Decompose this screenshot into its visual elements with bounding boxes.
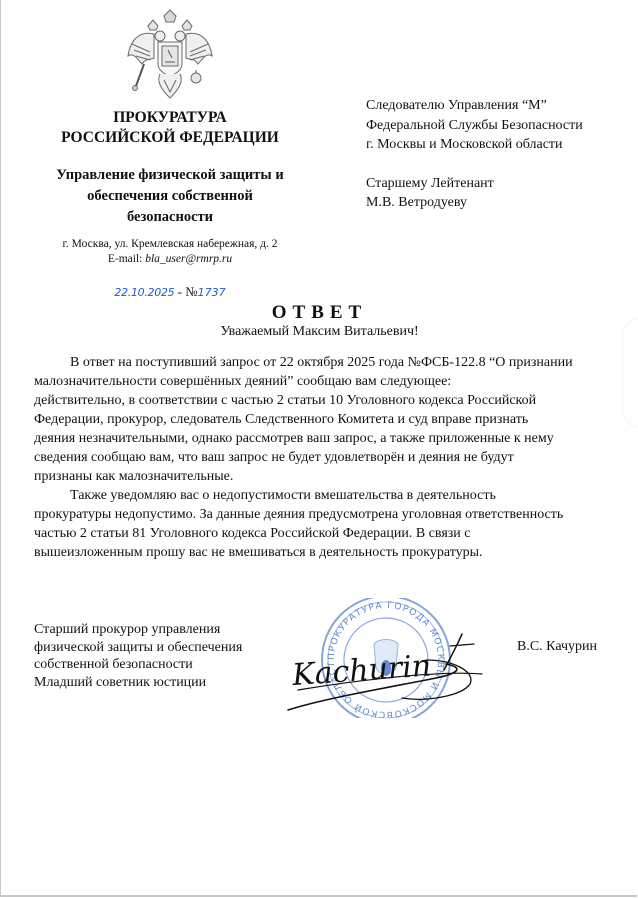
recipient-line1: Следователю Управления “М” bbox=[366, 96, 636, 116]
paragraph3-line: прокуратуры недопустимо. За данные деяни… bbox=[34, 505, 624, 524]
position-line1: Старший прокурор управления bbox=[34, 621, 294, 639]
recipient-line4: Старшему Лейтенант bbox=[366, 174, 636, 194]
org-title-line2: РОССИЙСКОЙ ФЕДЕРАЦИИ bbox=[41, 128, 299, 148]
stamp-and-signature: ПРОКУРАТУРА ГОРОДА МОСКВЫ И МОСКОВСКОЙ О… bbox=[286, 598, 486, 718]
russian-coat-of-arms-icon bbox=[124, 8, 216, 103]
organization-title: ПРОКУРАТУРА РОССИЙСКОЙ ФЕДЕРАЦИИ bbox=[41, 108, 299, 148]
recipient-line3: г. Москвы и Московской области bbox=[366, 135, 636, 155]
handwritten-signature: Kachurin bbox=[290, 649, 432, 694]
position-line4: Младший советник юстиции bbox=[34, 674, 294, 692]
outgoing-date: 22.10.2025 bbox=[114, 286, 174, 299]
dept-line1: Управление физической защиты и bbox=[41, 165, 299, 186]
floating-side-widget[interactable] bbox=[622, 318, 638, 428]
number-sign: № bbox=[185, 284, 197, 299]
outgoing-number: 22.10.2025 - №1737 bbox=[41, 284, 299, 300]
paragraph3-line: частью 2 статьи 81 Уголовного кодекса Ро… bbox=[34, 524, 624, 543]
address-line: г. Москва, ул. Кремлевская набережная, д… bbox=[41, 237, 299, 252]
department-title: Управление физической защиты и обеспечен… bbox=[41, 165, 299, 228]
dept-line3: безопасности bbox=[41, 207, 299, 228]
dept-line2: обеспечения собственной bbox=[41, 186, 299, 207]
recipient-block: Следователю Управления “М” Федеральной С… bbox=[366, 96, 636, 213]
paragraph1-line2: малозначительности совершённых деяний” с… bbox=[34, 372, 624, 391]
spacer bbox=[366, 155, 636, 174]
paragraph2-line: Федерации, прокурор, следователь Следств… bbox=[34, 410, 624, 429]
paragraph3-line: вышеизложенным прошу вас не вмешиваться … bbox=[34, 543, 624, 562]
salutation: Уважаемый Максим Витальевич! bbox=[1, 324, 638, 340]
org-title-line1: ПРОКУРАТУРА bbox=[41, 108, 299, 128]
letter-heading: ОТВЕТ bbox=[1, 302, 638, 324]
position-line3: собственной безопасности bbox=[34, 656, 294, 674]
paragraph2-line: действительно, в соответствии с частью 2… bbox=[34, 391, 624, 410]
outgoing-separator: - bbox=[174, 284, 185, 299]
paragraph1-line1: В ответ на поступивший запрос от 22 октя… bbox=[34, 353, 624, 372]
signatory-position: Старший прокурор управления физической з… bbox=[34, 621, 294, 691]
paragraph2-line: признаны как малозначительные. bbox=[34, 467, 624, 486]
recipient-line5: М.В. Ветродуеву bbox=[366, 193, 636, 213]
paragraph2-line: сведения сообщаю вам, что ваш запрос не … bbox=[34, 448, 624, 467]
recipient-line2: Федеральной Службы Безопасности bbox=[366, 116, 636, 136]
paragraph2-line: деяния незначительными, однако рассмотре… bbox=[34, 429, 624, 448]
email-line: E-mail: bla_user@rmrp.ru bbox=[41, 252, 299, 267]
address-block: г. Москва, ул. Кремлевская набережная, д… bbox=[41, 237, 299, 267]
document-page: ПРОКУРАТУРА РОССИЙСКОЙ ФЕДЕРАЦИИ Управле… bbox=[0, 0, 637, 897]
letter-body: В ответ на поступивший запрос от 22 октя… bbox=[34, 353, 624, 562]
email-label: E-mail: bbox=[108, 253, 145, 265]
signatory-name: В.С. Качурин bbox=[517, 639, 597, 655]
position-line2: физической защиты и обеспечения bbox=[34, 639, 294, 657]
paragraph3-line: Также уведомляю вас о недопустимости вме… bbox=[34, 486, 624, 505]
email-address: bla_user@rmrp.ru bbox=[145, 253, 232, 265]
outgoing-number-value: 1737 bbox=[198, 286, 226, 299]
